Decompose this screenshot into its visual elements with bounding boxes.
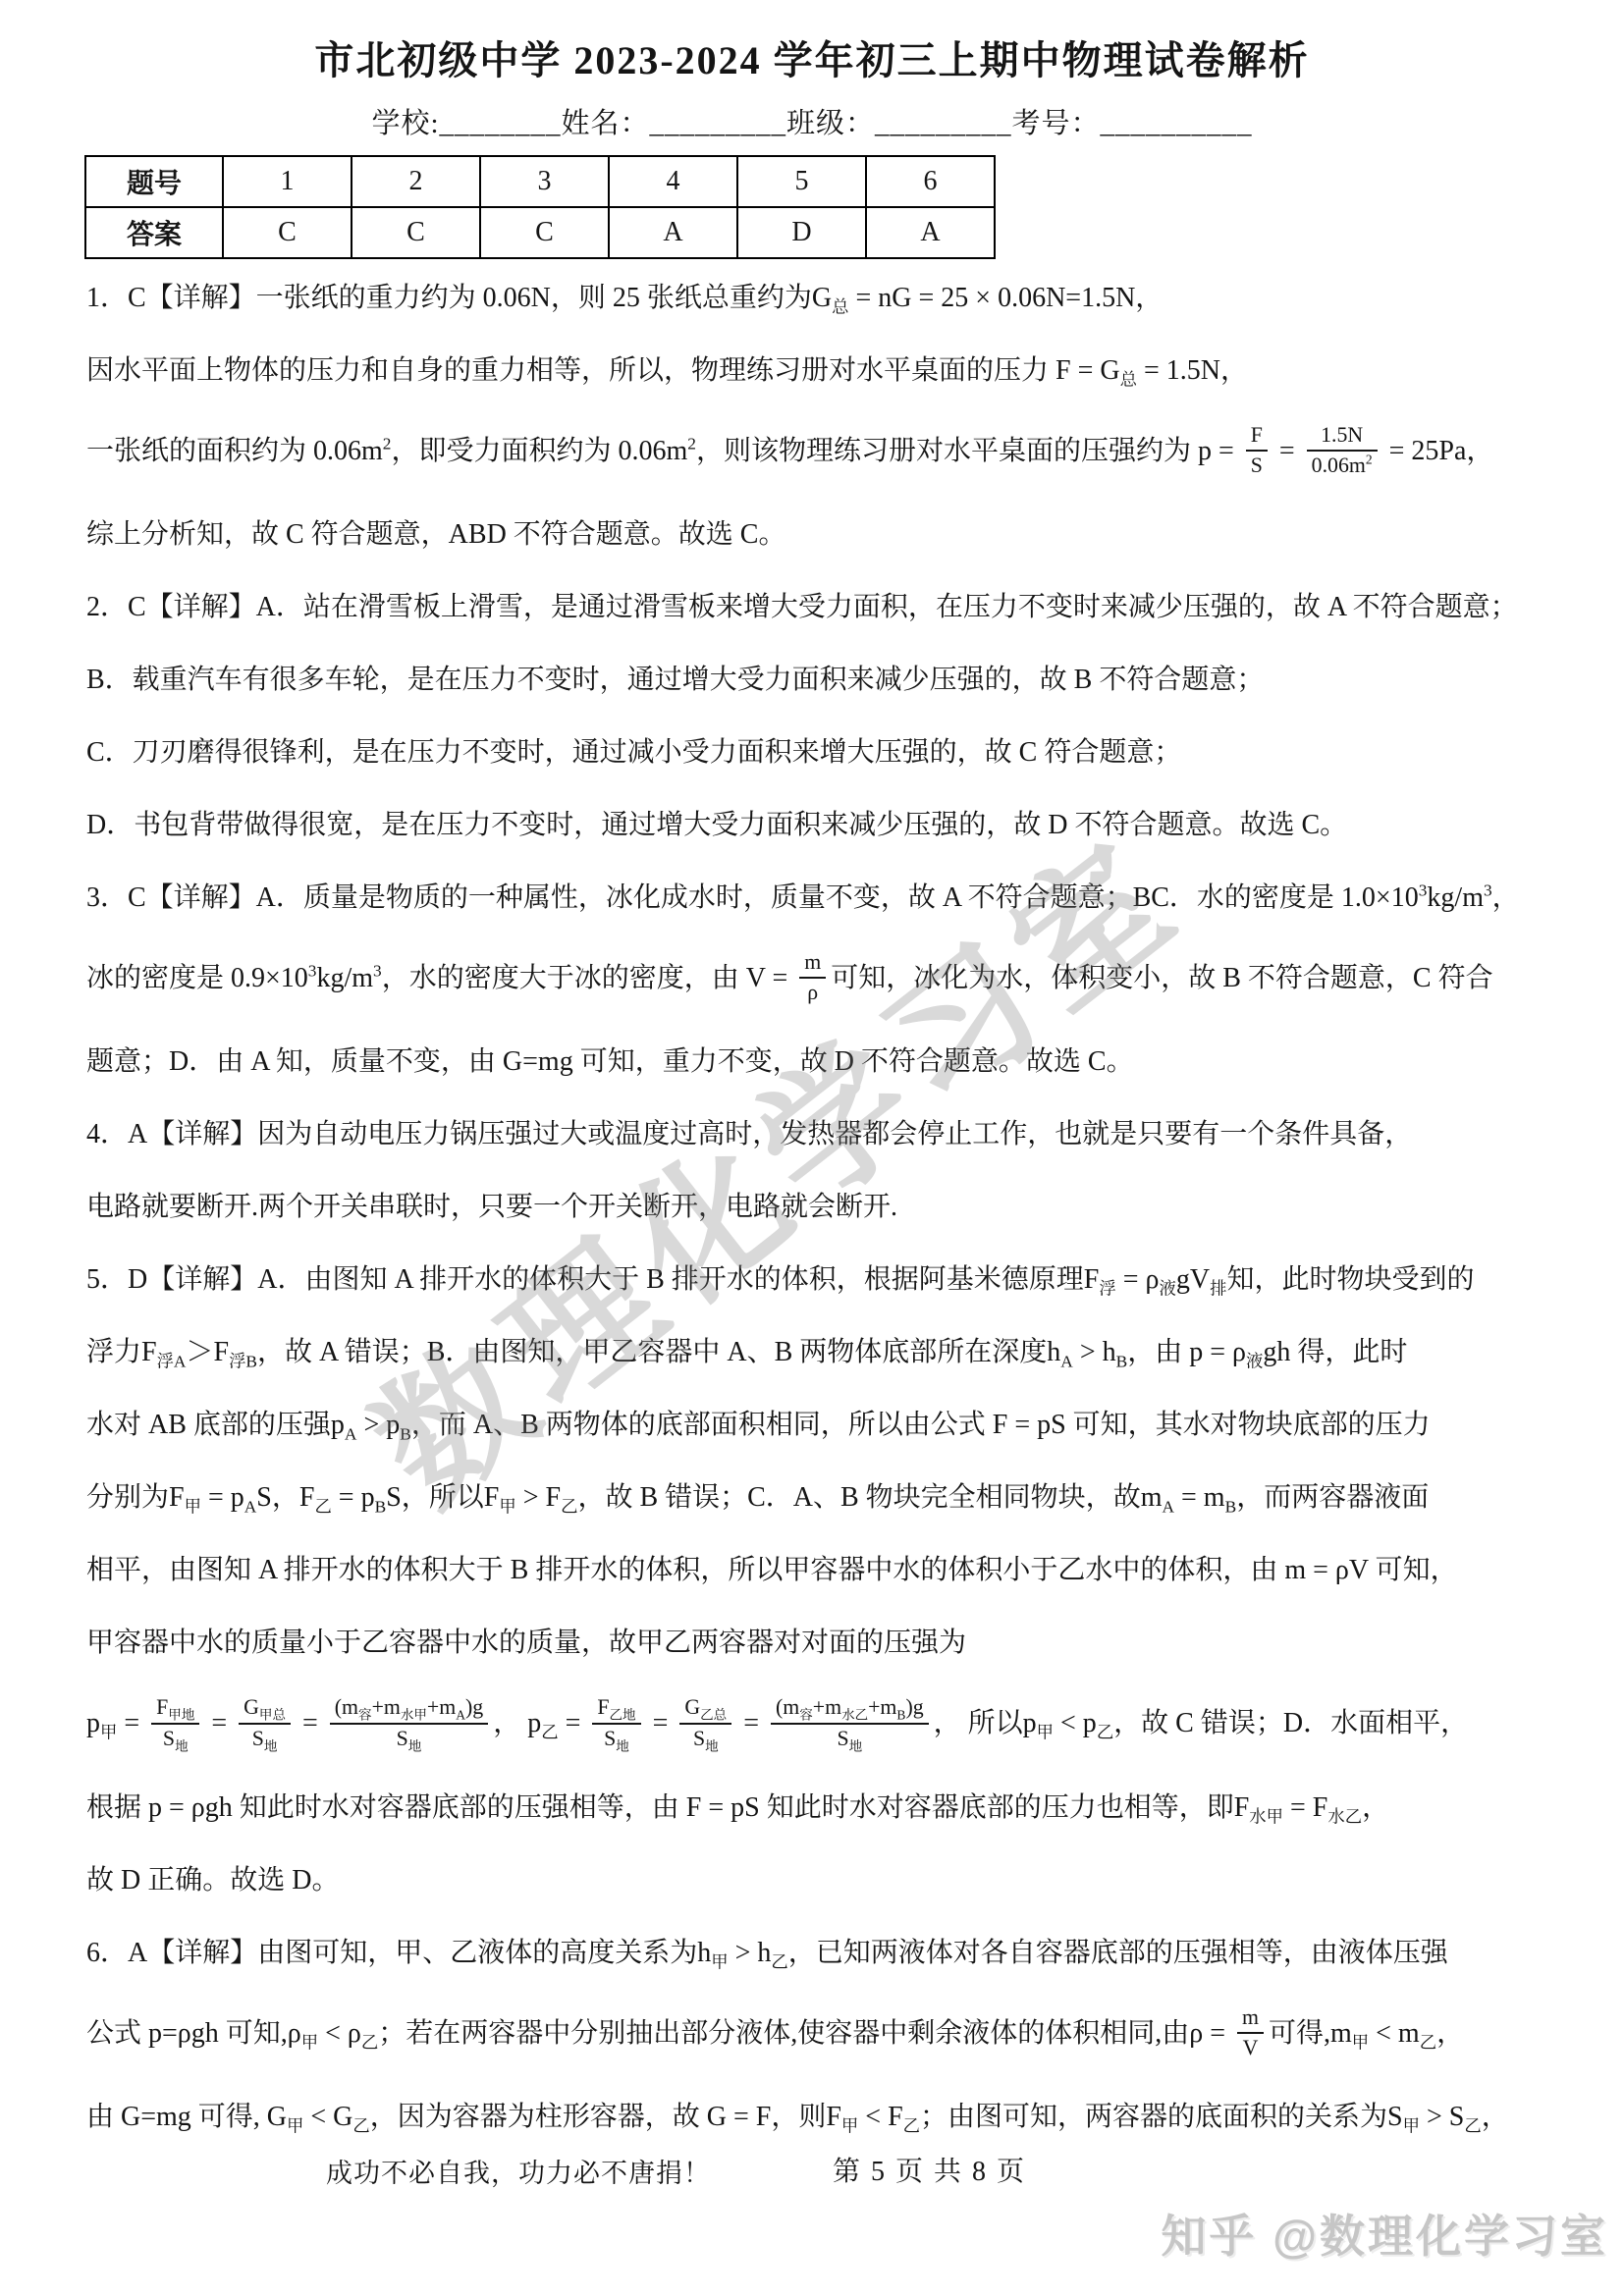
fraction: G甲总S地 [239, 1694, 291, 1750]
solution-line: 甲容器中水的质量小于乙容器中水的质量，故甲乙两容器对对面的压强为 [86, 1622, 1570, 1665]
solution-line: 题意；D．由 A 知，质量不变，由 G=mg 可知，重力不变，故 D 不符合题意… [86, 1041, 1570, 1084]
fraction: 1.5N0.06m2 [1307, 422, 1378, 478]
solution-line: 因水平面上物体的压力和自身的重力相等，所以，物理练习册对水平桌面的压力 F = … [86, 349, 1570, 393]
solution-line: 水对 AB 底部的压强pA > pB，而 A、B 两物体的底部面积相同，所以由公… [86, 1404, 1570, 1447]
solution-line: 电路就要断开.两个开关串联时，只要一个开关断开，电路就会断开. [86, 1186, 1570, 1229]
solution-line: 5．D【详解】A．由图知 A 排开水的体积大于 B 排开水的体积，根据阿基米德原… [86, 1258, 1570, 1302]
question-row-label: 题号 [85, 156, 223, 207]
solution-line: 一张纸的面积约为 0.06m2，即受力面积约为 0.06m2，则该物理练习册对水… [86, 422, 1570, 484]
solution-line: 相平，由图知 A 排开水的体积大于 B 排开水的体积，所以甲容器中水的体积小于乙… [86, 1549, 1570, 1592]
answer-row-label: 答案 [85, 207, 223, 258]
answer-table: 题号 123456 答案 CCCADA [84, 155, 996, 259]
fraction: F乙地S地 [592, 1694, 640, 1750]
fraction: (m容+m水乙+mB)gS地 [771, 1694, 929, 1750]
exam-solution-page: 市北初级中学 2023-2024 学年初三上期中物理试卷解析 学校:______… [0, 0, 1624, 2296]
question-number-cell: 2 [352, 156, 480, 207]
footer-motto: 成功不必自我，功力必不唐捐！ [326, 2152, 711, 2190]
answer-cell: A [609, 207, 737, 258]
solution-line: 分别为F甲 = pAS，F乙 = pBS，所以F甲 > F乙，故 B 错误；C．… [86, 1476, 1570, 1520]
solution-line: 根据 p = ρgh 知此时水对容器底部的压强相等，由 F = pS 知此时水对… [86, 1787, 1570, 1830]
question-number-cell: 1 [223, 156, 352, 207]
solution-line: 由 G=mg 可得, G甲 < G乙，因为容器为柱形容器，故 G = F，则F甲… [86, 2096, 1570, 2139]
fraction: F甲地S地 [151, 1694, 199, 1750]
solution-line: 浮力F浮A＞F浮B，故 A 错误；B．由图知，甲乙容器中 A、B 两物体底部所在… [86, 1331, 1570, 1374]
fraction: FS [1246, 422, 1268, 478]
question-number-cell: 4 [609, 156, 737, 207]
answer-cell: D [737, 207, 866, 258]
answer-cell: C [480, 207, 609, 258]
question-number-cell: 3 [480, 156, 609, 207]
question-number-cell: 6 [866, 156, 995, 207]
fraction: (m容+m水甲+mA)gS地 [330, 1694, 488, 1750]
solution-line: 1．C【详解】一张纸的重力约为 0.06N，则 25 张纸总重约为G总 = nG… [86, 277, 1570, 320]
solution-line: 冰的密度是 0.9×103kg/m3，水的密度大于冰的密度，由 V = mρ可知… [86, 949, 1570, 1011]
solution-line: 2．C【详解】A．站在滑雪板上滑雪，是通过滑雪板来增大受力面积，在压力不变时来减… [86, 586, 1570, 629]
solution-line: D．书包背带做得很宽，是在压力不变时，通过增大受力面积来减少压强的，故 D 不符… [86, 804, 1570, 847]
solution-line: 4．A【详解】因为自动电压力锅压强过大或温度过高时，发热器都会停止工作，也就是只… [86, 1113, 1570, 1156]
answer-cell: C [352, 207, 480, 258]
solution-line: 综上分析知，故 C 符合题意，ABD 不符合题意。故选 C。 [86, 513, 1570, 557]
answer-cell: A [866, 207, 995, 258]
solution-line: 公式 p=ρgh 可知,ρ甲 < ρ乙；若在两容器中分别抽出部分液体,使容器中剩… [86, 2004, 1570, 2066]
question-number-row: 题号 123456 [85, 156, 995, 207]
fraction: mρ [799, 949, 826, 1005]
solution-line: 3．C【详解】A．质量是物质的一种属性，冰化成水时，质量不变，故 A 不符合题意… [86, 877, 1570, 920]
answer-cell: C [223, 207, 352, 258]
solution-line: p甲 = F甲地S地 = G甲总S地 = (m容+m水甲+mA)gS地， p乙 … [86, 1694, 1570, 1756]
solution-line: C．刀刃磨得很锋利，是在压力不变时，通过减小受力面积来增大压强的，故 C 符合题… [86, 731, 1570, 774]
solution-line: 6．A【详解】由图可知，甲、乙液体的高度关系为h甲 > h乙，已知两液体对各自容… [86, 1932, 1570, 1975]
fraction: mV [1237, 2004, 1264, 2060]
answer-row: 答案 CCCADA [85, 207, 995, 258]
footer-page-number: 第 5 页 共 8 页 [833, 2150, 1026, 2189]
fraction: G乙总S地 [679, 1694, 731, 1750]
solution-line: 故 D 正确。故选 D。 [86, 1859, 1570, 1902]
solution-body: 1．C【详解】一张纸的重力约为 0.06N，则 25 张纸总重约为G总 = nG… [86, 277, 1570, 2139]
question-number-cell: 5 [737, 156, 866, 207]
corner-watermark: 知乎 @数理化学习室 [1161, 2201, 1608, 2266]
solution-line: B．载重汽车有很多车轮，是在压力不变时，通过增大受力面积来减少压强的，故 B 不… [86, 659, 1570, 702]
page-title: 市北初级中学 2023-2024 学年初三上期中物理试卷解析 [0, 0, 1624, 86]
student-info-fields: 学校:________姓名：_________班级：_________考号：__… [0, 104, 1624, 143]
